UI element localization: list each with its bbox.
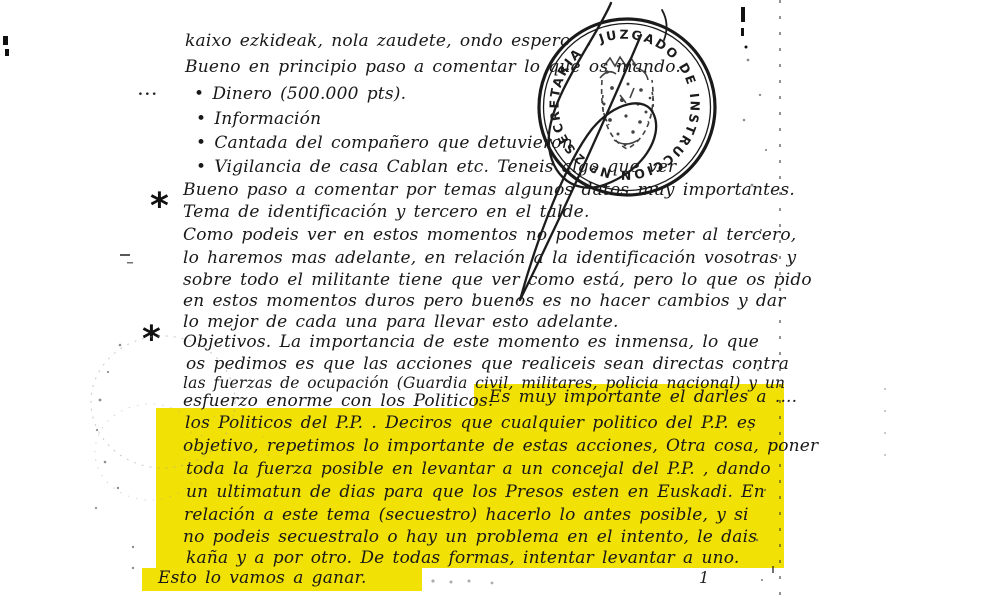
handwritten-line bullet-item: • Cantada del compañero que detuvieron — [196, 134, 573, 154]
handwritten-line bullet-item: • Información — [196, 110, 321, 130]
handwritten-line highlighted-text: objetivo, repetimos lo importante de est… — [183, 437, 818, 457]
page-corner-pen-mark: 1 — [699, 570, 709, 586]
handwritten-line: lo haremos mas adelante, en relación a l… — [183, 249, 796, 269]
margin-ellipsis-mark: ... — [138, 84, 159, 98]
handwritten-line highlighted-text: toda la fuerza posible en levantar a un … — [186, 460, 771, 480]
handwritten-line: kaixo ezkideak, nola zaudete, ondo esper… — [185, 32, 570, 52]
handwritten-line: Como podeis ver en estos momentos no pod… — [183, 226, 796, 246]
handwritten-line: lo mejor de cada una para llevar esto ad… — [183, 313, 619, 333]
handwritten-line bullet-item: • Vigilancia de casa Cablan etc. Teneis … — [196, 158, 676, 178]
margin-asterisk-icon: * — [142, 329, 161, 351]
handwritten-line: Tema de identificación y tercero en el t… — [183, 203, 590, 223]
handwritten-line highlighted-text: Es muy importante el darles a .... — [489, 388, 797, 408]
handwritten-line: Bueno paso a comentar por temas algunos … — [183, 181, 795, 201]
handwritten-line highlighted-text: un ultimatun de dias para que los Presos… — [186, 483, 765, 503]
handwritten-line bullet-item: • Dinero (500.000 pts). — [194, 85, 406, 105]
handwritten-line highlighted-text: los Politicos del P.P. . Deciros que cua… — [185, 414, 756, 434]
handwritten-line: en estos momentos duros pero buenos es n… — [183, 292, 786, 312]
handwritten-line highlighted-text: Esto lo vamos a ganar. — [158, 569, 367, 589]
handwritten-line: Objetivos. La importancia de este moment… — [183, 333, 759, 353]
handwritten-line: sobre todo el militante tiene que ver co… — [183, 271, 812, 291]
handwritten-line highlighted-text: kaña y a por otro. De todas formas, inte… — [186, 549, 739, 569]
handwritten-line highlighted-text: no podeis secuestralo o hay un problema … — [183, 528, 757, 548]
handwritten-line: os pedimos es que las acciones que reali… — [186, 355, 789, 375]
handwritten-line: Bueno en principio paso a comentar lo qu… — [185, 58, 681, 78]
scanned-letter-page: { "colors": { "ink": "#181818", "highlig… — [0, 0, 985, 601]
scan-dotted-line — [884, 388, 886, 466]
handwritten-line highlighted-text: relación a este tema (secuestro) hacerlo… — [184, 506, 749, 526]
margin-asterisk-icon: * — [150, 196, 169, 218]
scan-dotted-line — [779, 0, 781, 601]
handwritten-line: esfuerzo enorme con los Politicos. — [183, 392, 493, 412]
